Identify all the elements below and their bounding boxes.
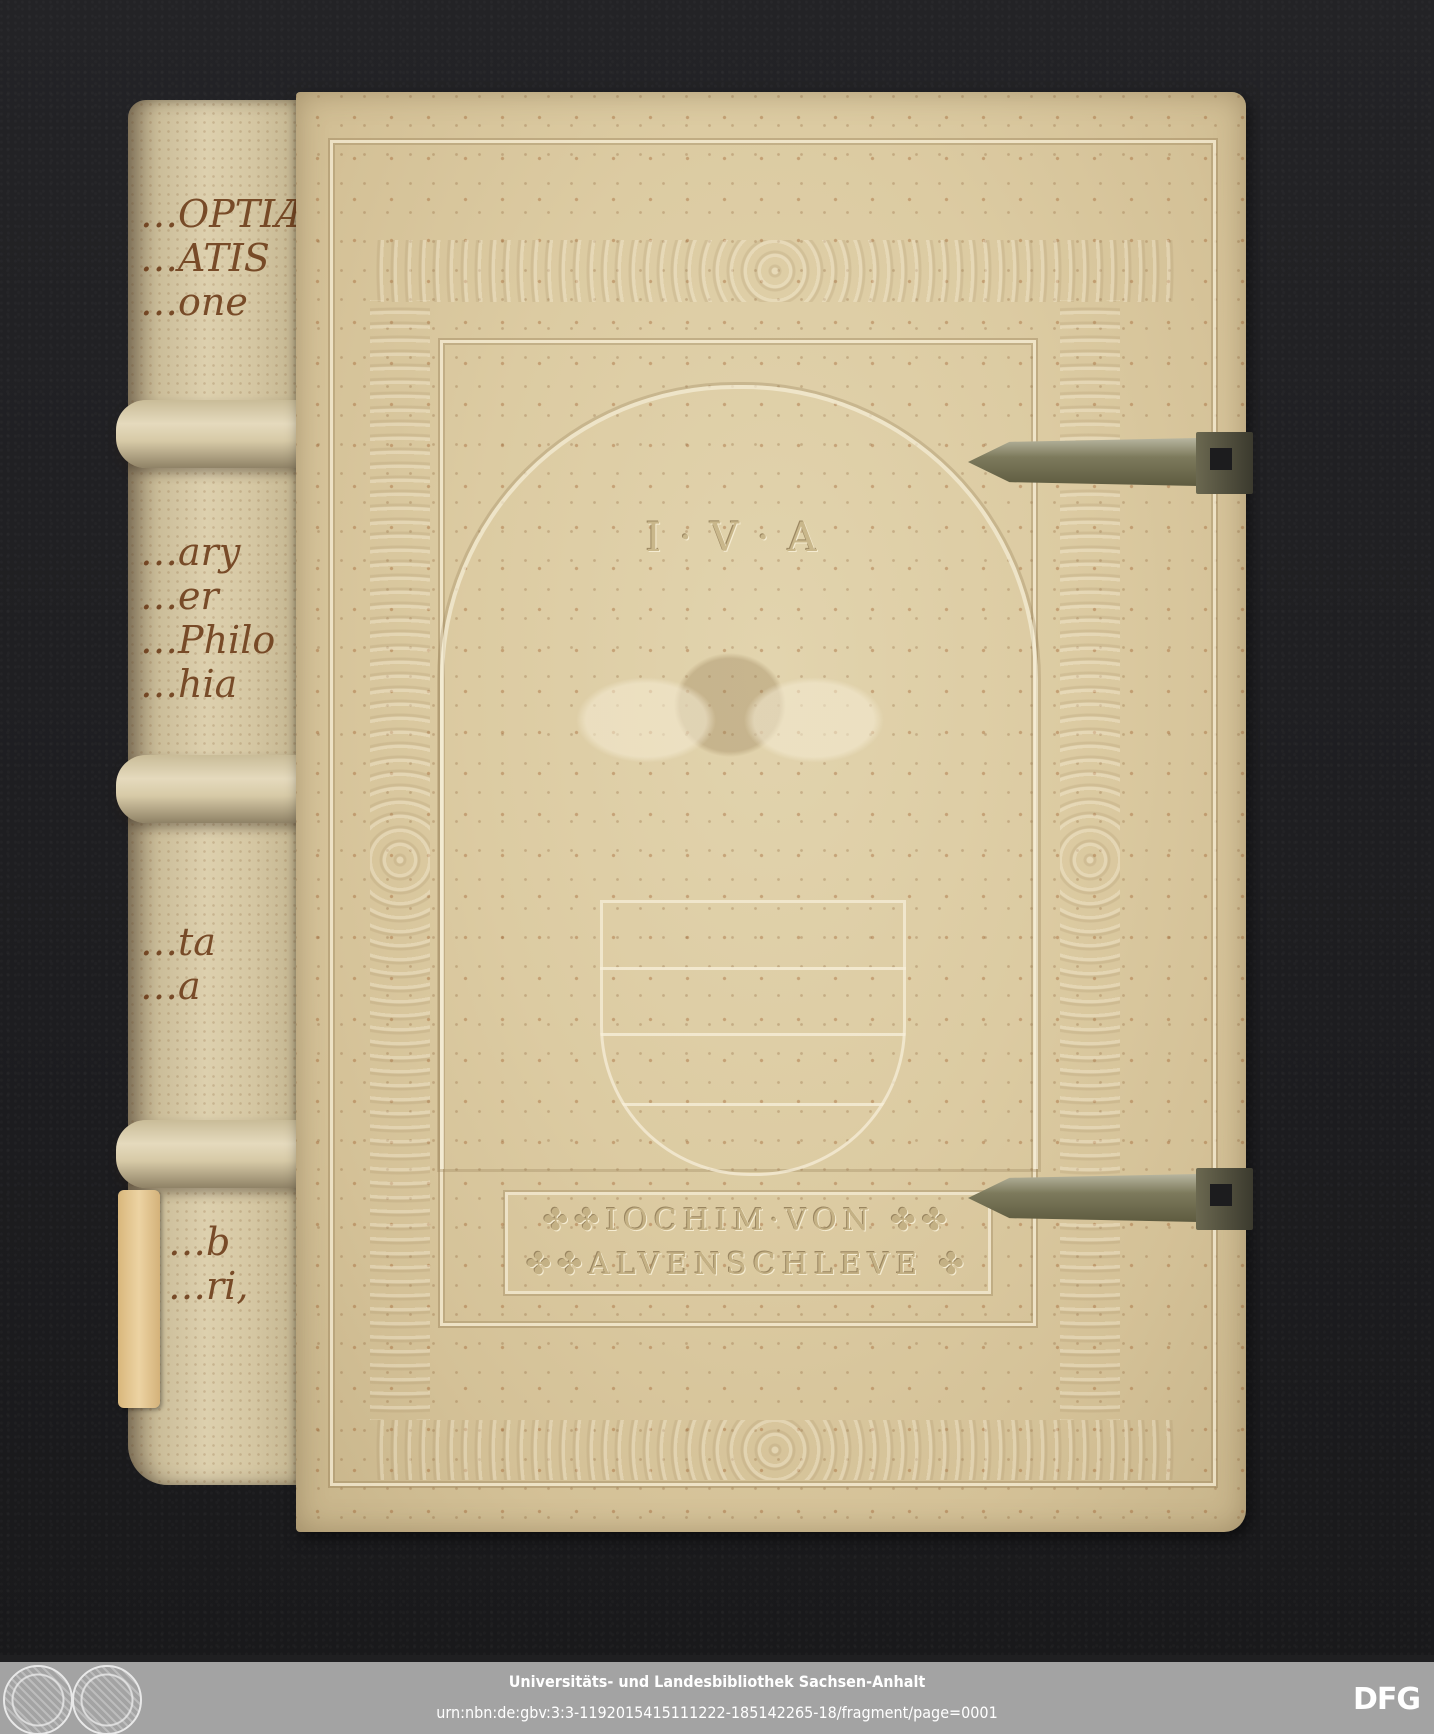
ornamental-roll-top bbox=[370, 240, 1180, 302]
shelfmark-label bbox=[118, 1190, 160, 1408]
institution-name: Universitäts- und Landesbibliothek Sachs… bbox=[0, 1672, 1434, 1691]
spine-raised-band bbox=[116, 755, 306, 823]
spine-inscription: …OPTIÆ …ATIS …one bbox=[140, 192, 313, 324]
clasp-blade bbox=[968, 438, 1198, 486]
ornamental-roll-bottom bbox=[370, 1420, 1180, 1480]
clasp-upper bbox=[968, 432, 1253, 494]
spine-inscription: …ary …er …Philo …hia bbox=[140, 530, 275, 706]
owner-name-line-2: ✤✤ALVENSCHLEVE ✤ bbox=[508, 1247, 988, 1282]
book-photograph: …OPTIÆ …ATIS …one …ary …er …Philo …hia …… bbox=[0, 0, 1434, 1655]
clasp-lower bbox=[968, 1168, 1253, 1230]
dfg-logo-icon: DFG bbox=[1353, 1682, 1420, 1717]
ornamental-roll-left bbox=[370, 300, 430, 1420]
clasp-catch bbox=[1196, 432, 1253, 494]
spine-inscription: …b …ri, bbox=[168, 1220, 248, 1308]
owner-name-panel: ✤✤IOCHIM·VON ✤✤ ✤✤ALVENSCHLEVE ✤ bbox=[505, 1192, 991, 1294]
viewer-footer: Universitäts- und Landesbibliothek Sachs… bbox=[0, 1662, 1434, 1734]
spine-raised-band bbox=[116, 400, 306, 468]
urn-identifier: urn:nbn:de:gbv:3:3-1192015415111222-1851… bbox=[0, 1703, 1434, 1722]
owner-initials: I·V·A bbox=[560, 515, 920, 561]
owner-name-line-1: ✤✤IOCHIM·VON ✤✤ bbox=[508, 1203, 988, 1238]
coat-of-arms-mantling bbox=[520, 600, 940, 900]
clasp-catch bbox=[1196, 1168, 1253, 1230]
clasp-blade bbox=[968, 1174, 1198, 1222]
spine-inscription: …ta …a bbox=[140, 920, 216, 1008]
spine-raised-band bbox=[116, 1120, 306, 1188]
